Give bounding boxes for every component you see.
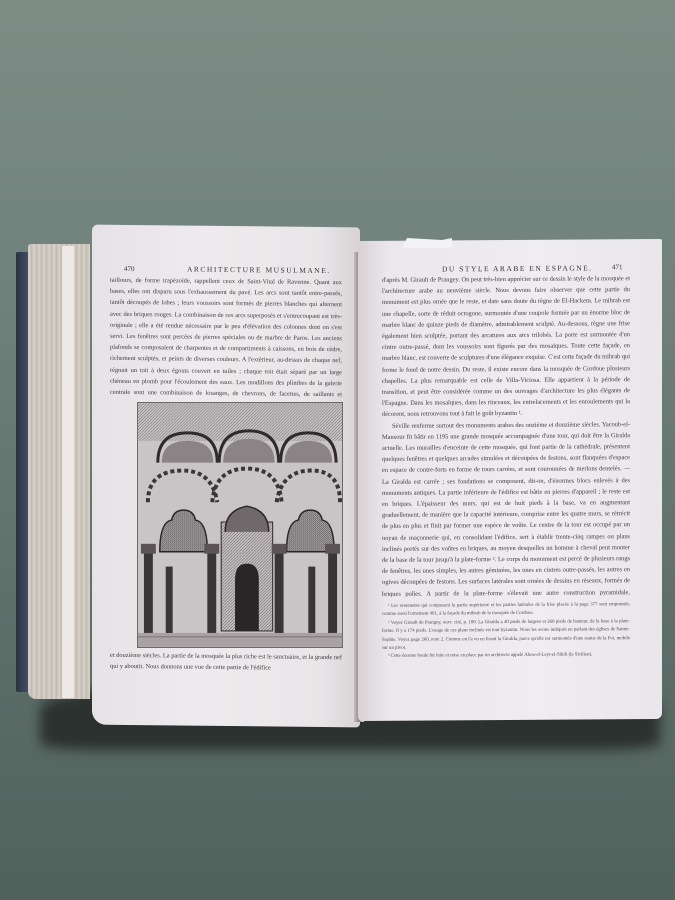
left-page-body-top: taillours, de forme trapézoïde, rappelle… [110,275,342,401]
running-head-right: DU STYLE ARABE EN ESPAGNE. [442,263,593,273]
footnote-1: ¹ Les ornements qui composent la partie … [382,601,630,620]
paragraph: Séville renferme surtout des monuments a… [382,419,630,597]
paragraph: taillours, de forme trapézoïde, rappelle… [110,275,342,401]
mosque-interior-engraving [138,403,342,647]
bookmark-slip [402,238,452,248]
footnote-2: ² Voyez Girault de Prangey, ouvr. cité, … [382,618,630,653]
right-page-body: d'après M. Girault de Prangey. On peut t… [382,273,630,597]
paragraph: et douzième siècles. La partie de la mos… [110,650,342,675]
running-head-left: ARCHITECTURE MUSULMANE. [187,265,331,276]
page-number-right: 471 [612,263,623,271]
footnotes: ¹ Les ornements qui composent la partie … [382,601,630,687]
paragraph: d'après M. Girault de Prangey. On peut t… [382,273,630,420]
footnote-3: ³ Cette énorme boule fut faite et mise e… [382,652,630,662]
right-page: DU STYLE ARABE EN ESPAGNE. 471 d'après M… [358,239,662,721]
page-block-edges [28,244,90,699]
left-page-body-bottom: et douzième siècles. La partie de la mos… [110,650,342,688]
page-number-left: 470 [124,265,135,273]
engraving-illustration [137,402,343,648]
